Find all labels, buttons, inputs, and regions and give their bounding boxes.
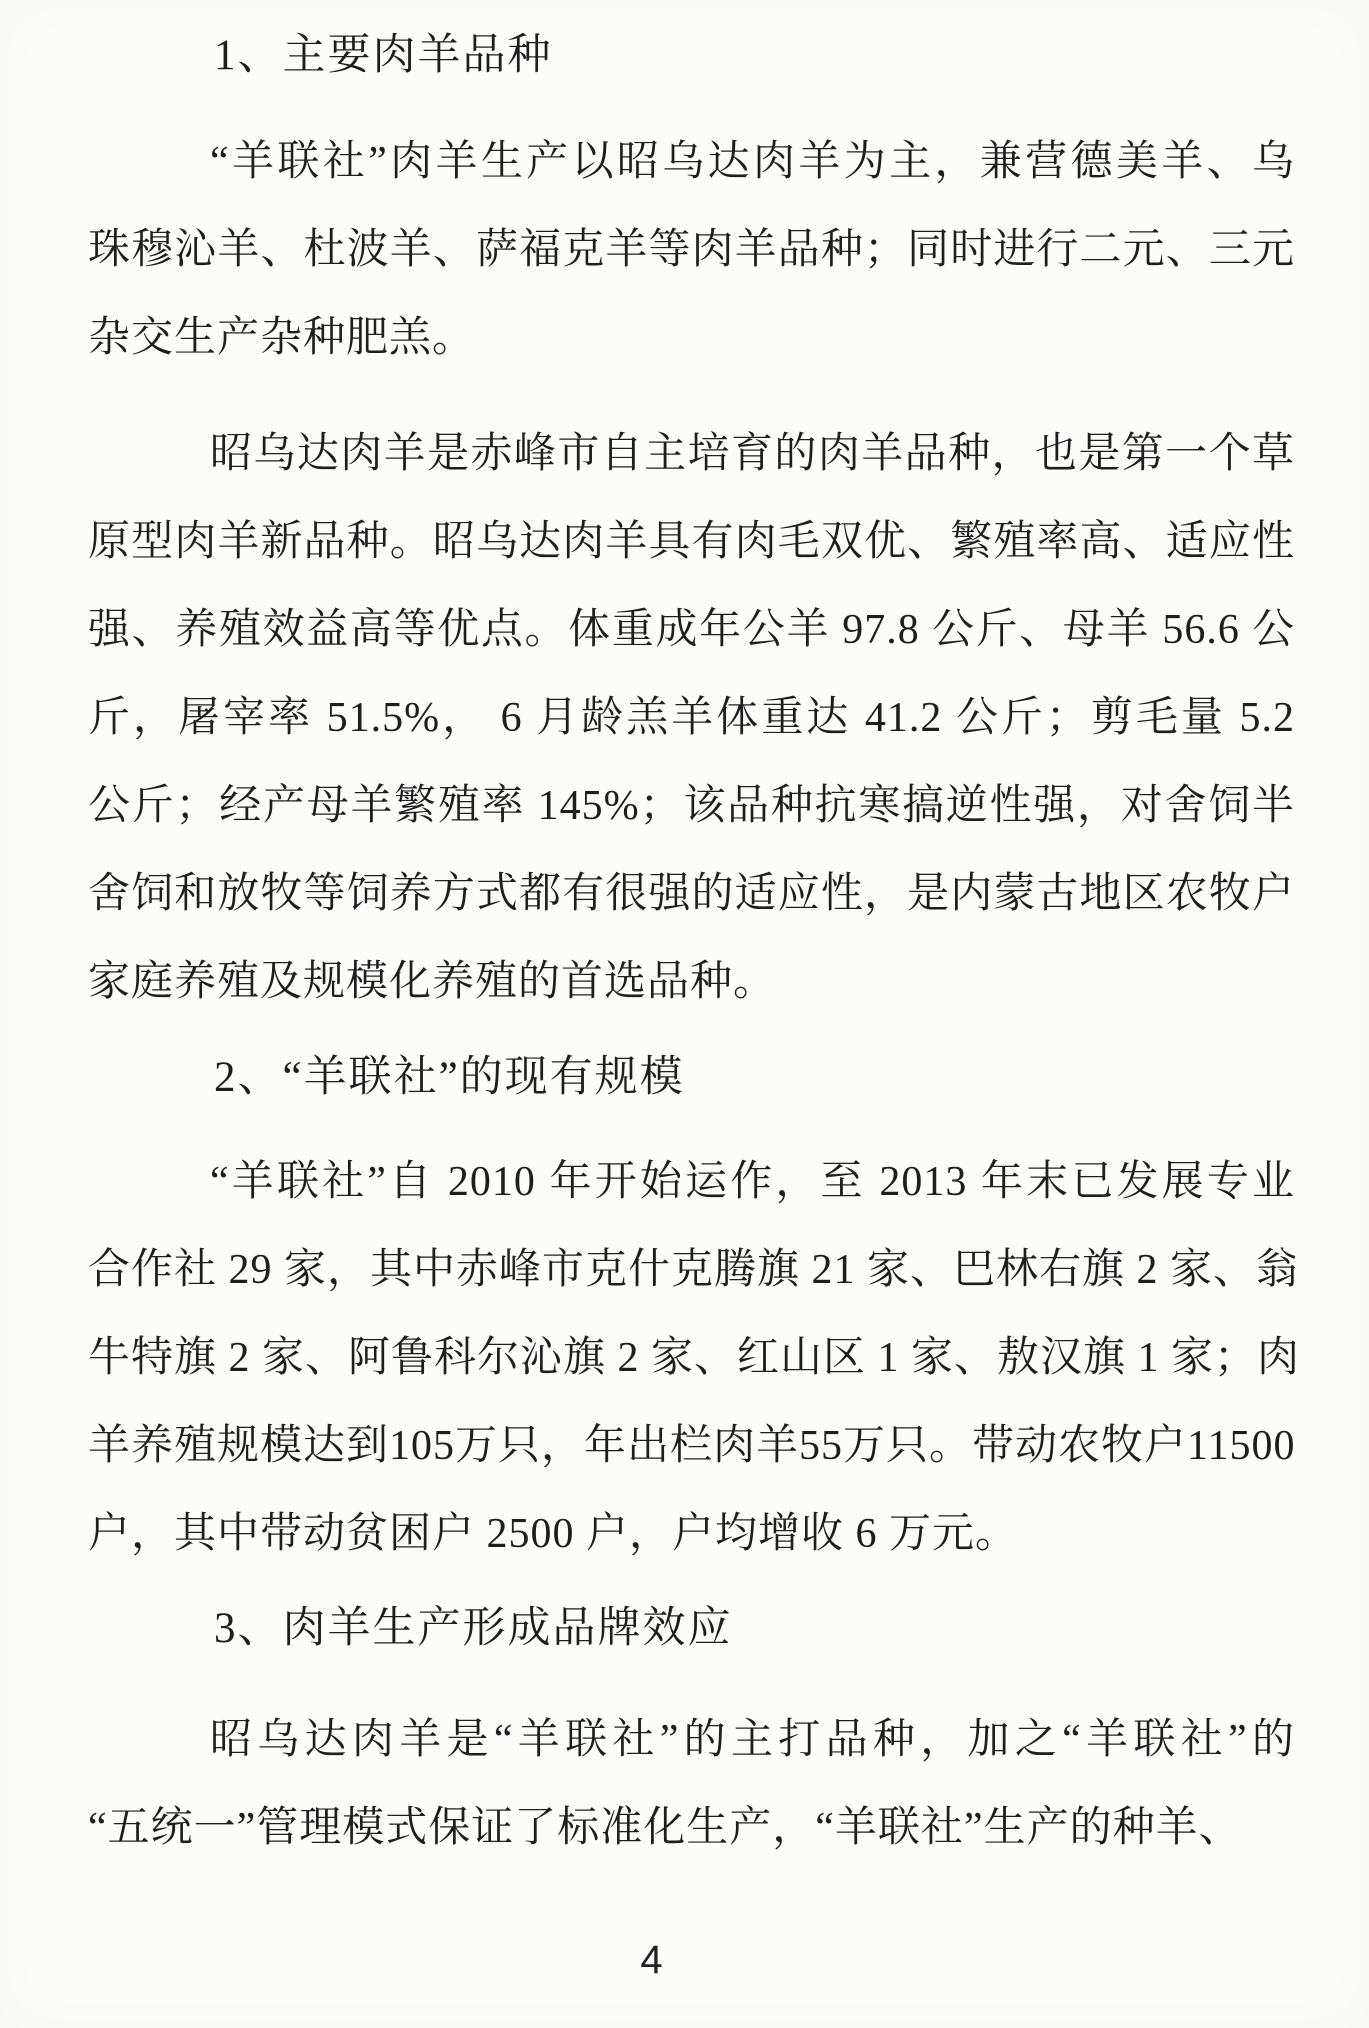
paragraph-line: 牛特旗 2 家、阿鲁科尔沁旗 2 家、红山区 1 家、敖汉旗 1 家；肉 <box>88 1314 1295 1402</box>
paragraph-line: 羊养殖规模达到105万只，年出栏肉羊55万只。带动农牧户11500 <box>88 1402 1295 1490</box>
paragraph-2: 昭乌达肉羊是赤峰市自主培育的肉羊品种，也是第一个草 原型肉羊新品种。昭乌达肉羊具… <box>88 410 1295 1026</box>
section-2-heading: 2、“羊联社”的现有规模 <box>88 1034 1295 1122</box>
text-column: 1、主要肉羊品种 “羊联社”肉羊生产以昭乌达肉羊为主，兼营德美羊、乌 珠穆沁羊、… <box>0 0 1369 1872</box>
paragraph-line: 户，其中带动贫困户 2500 户，户均增收 6 万元。 <box>88 1490 1295 1578</box>
paragraph-1: “羊联社”肉羊生产以昭乌达肉羊为主，兼营德美羊、乌 珠穆沁羊、杜波羊、萨福克羊等… <box>88 118 1295 382</box>
paragraph-line: 原型肉羊新品种。昭乌达肉羊具有肉毛双优、繁殖率高、适应性 <box>88 498 1295 586</box>
paragraph-line: 家庭养殖及规模化养殖的首选品种。 <box>88 938 1295 1026</box>
paragraph-line: 昭乌达肉羊是赤峰市自主培育的肉羊品种，也是第一个草 <box>88 410 1295 498</box>
paragraph-line: “五统一”管理模式保证了标准化生产，“羊联社”生产的种羊、 <box>88 1784 1295 1872</box>
paragraph-line: 杂交生产杂种肥羔。 <box>88 294 1295 382</box>
paragraph-line: 强、养殖效益高等优点。体重成年公羊 97.8 公斤、母羊 56.6 公 <box>88 586 1295 674</box>
paragraph-3: “羊联社”自 2010 年开始运作，至 2013 年末已发展专业 合作社 29 … <box>88 1138 1295 1578</box>
document-page: 1、主要肉羊品种 “羊联社”肉羊生产以昭乌达肉羊为主，兼营德美羊、乌 珠穆沁羊、… <box>0 0 1369 2028</box>
paragraph-line: 公斤；经产母羊繁殖率 145%；该品种抗寒搞逆性强，对舍饲半 <box>88 762 1295 850</box>
paragraph-line: 珠穆沁羊、杜波羊、萨福克羊等肉羊品种；同时进行二元、三元 <box>88 206 1295 294</box>
paragraph-line: “羊联社”自 2010 年开始运作，至 2013 年末已发展专业 <box>88 1138 1295 1226</box>
paragraph-line: 舍饲和放牧等饲养方式都有很强的适应性，是内蒙古地区农牧户 <box>88 850 1295 938</box>
paragraph-line: “羊联社”肉羊生产以昭乌达肉羊为主，兼营德美羊、乌 <box>88 118 1295 206</box>
section-3-heading: 3、肉羊生产形成品牌效应 <box>88 1585 1295 1673</box>
page-number: 4 <box>0 1938 1369 1983</box>
section-1-heading: 1、主要肉羊品种 <box>88 12 1295 100</box>
paragraph-4: 昭乌达肉羊是“羊联社”的主打品种，加之“羊联社”的 “五统一”管理模式保证了标准… <box>88 1696 1295 1872</box>
paragraph-line: 合作社 29 家，其中赤峰市克什克腾旗 21 家、巴林右旗 2 家、翁 <box>88 1226 1295 1314</box>
paragraph-line: 斤，屠宰率 51.5%， 6 月龄羔羊体重达 41.2 公斤；剪毛量 5.2 <box>88 674 1295 762</box>
paragraph-line: 昭乌达肉羊是“羊联社”的主打品种，加之“羊联社”的 <box>88 1696 1295 1784</box>
